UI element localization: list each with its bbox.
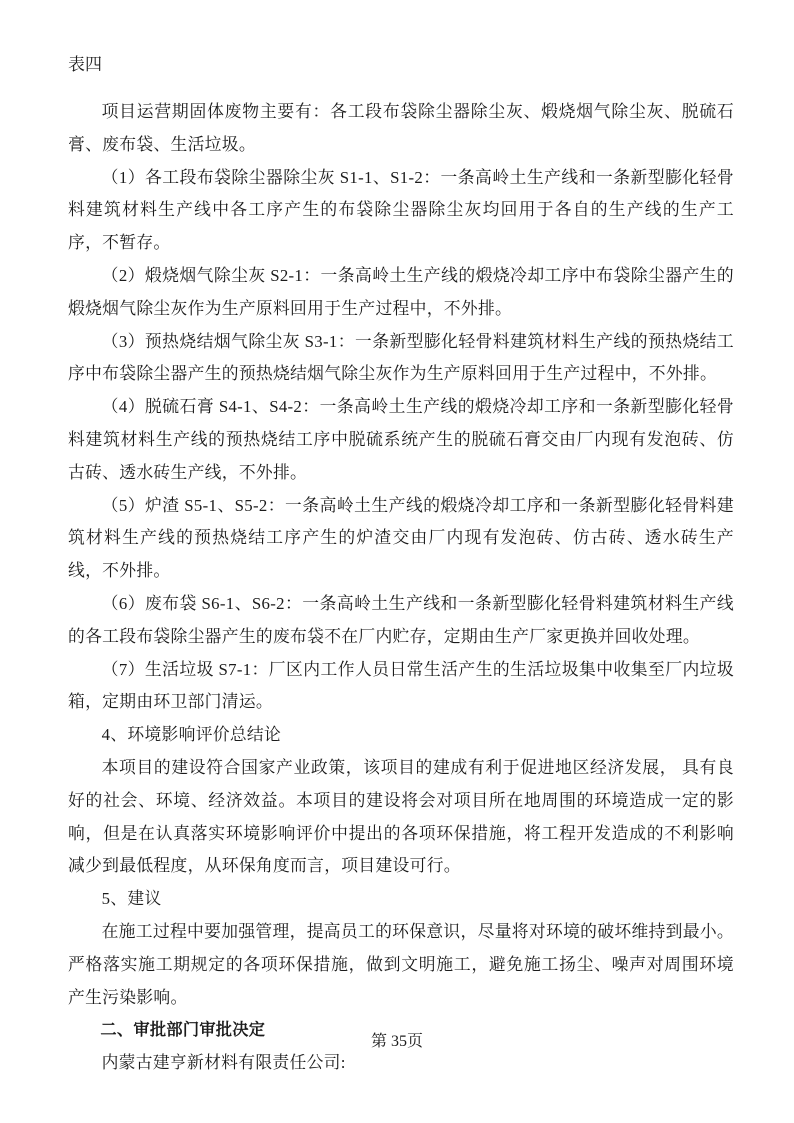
paragraph-item-4-desulfurization-gypsum: （4）脱硫石膏 S4-1、S4-2：一条高岭土生产线的煅烧冷却工序和一条新型膨化… [68,391,734,489]
page-footer: 第 35页 [0,1030,794,1054]
heading-section-5-suggestions: 5、建议 [68,883,734,916]
paragraph-item-7-domestic-garbage: （7）生活垃圾 S7-1：厂区内工作人员日常生活产生的生活垃圾集中收集至厂内垃圾… [68,654,734,720]
paragraph-suggestions-body: 在施工过程中要加强管理，提高员工的环保意识，尽量将对环境的破坏维持到最小。严格落… [68,916,734,1014]
document-page: 表四 项目运营期固体废物主要有：各工段布袋除尘器除尘灰、煅烧烟气除尘灰、脱硫石膏… [0,0,794,1123]
document-body: 项目运营期固体废物主要有：各工段布袋除尘器除尘灰、煅烧烟气除尘灰、脱硫石膏、废布… [68,96,734,1080]
page-number: 第 35页 [371,1033,423,1050]
paragraph-item-5-slag: （5）炉渣 S5-1、S5-2：一条高岭土生产线的煅烧冷却工序和一条新型膨化轻骨… [68,490,734,588]
form-section-label: 表四 [68,52,102,78]
paragraph-item-2-calcination-dust: （2）煅烧烟气除尘灰 S2-1：一条高岭土生产线的煅烧冷却工序中布袋除尘器产生的… [68,260,734,326]
paragraph-item-1-bag-filter-dust: （1）各工段布袋除尘器除尘灰 S1-1、S1-2：一条高岭土生产线和一条新型膨化… [68,162,734,260]
paragraph-item-3-preheat-sinter-dust: （3）预热烧结烟气除尘灰 S3-1：一条新型膨化轻骨料建筑材料生产线的预热烧结工… [68,326,734,392]
paragraph-eia-conclusion-body: 本项目的建设符合国家产业政策，该项目的建成有利于促进地区经济发展， 具有良好的社… [68,752,734,883]
paragraph-solid-waste-intro: 项目运营期固体废物主要有：各工段布袋除尘器除尘灰、煅烧烟气除尘灰、脱硫石膏、废布… [68,96,734,162]
heading-section-4-eia-conclusion: 4、环境影响评价总结论 [68,719,734,752]
paragraph-item-6-waste-bags: （6）废布袋 S6-1、S6-2：一条高岭土生产线和一条新型膨化轻骨料建筑材料生… [68,588,734,654]
